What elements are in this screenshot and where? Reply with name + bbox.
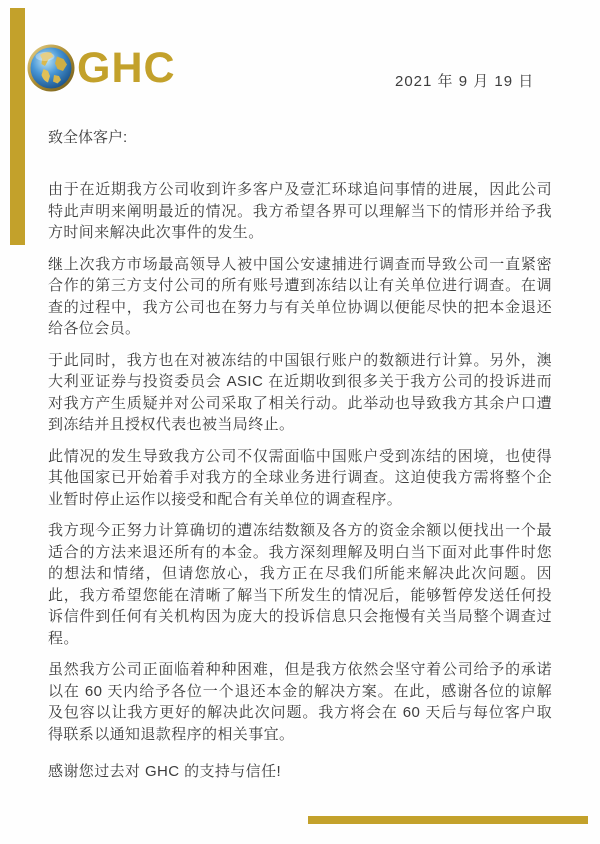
paragraph-3: 于此同时，我方也在对被冻结的中国银行账户的数额进行计算。另外，澳大利亚证券与投资… bbox=[48, 350, 552, 436]
brand-text: GHC bbox=[77, 44, 176, 92]
gold-bottom-accent-bar bbox=[308, 816, 588, 824]
paragraph-4: 此情况的发生导致我方公司不仅需面临中国账户受到冻结的困境，也使得其他国家已开始着… bbox=[48, 446, 552, 511]
paragraph-1: 由于在近期我方公司收到许多客户及壹汇环球追问事情的进展，因此公司特此声明来阐明最… bbox=[48, 179, 552, 244]
paragraph-5: 我方现今正努力计算确切的遭冻结数额及各方的资金余额以便找出一个最适合的方法来退还… bbox=[48, 520, 552, 649]
letter-date: 2021 年 9 月 19 日 bbox=[395, 70, 534, 91]
greeting: 致全体客户: bbox=[48, 127, 552, 149]
closing-line: 感谢您过去对 GHC 的支持与信任! bbox=[48, 761, 552, 783]
letter-body: 致全体客户: 由于在近期我方公司收到许多客户及壹汇环球追问事情的进展，因此公司特… bbox=[48, 127, 552, 783]
globe-icon bbox=[27, 44, 75, 92]
paragraph-2: 继上次我方市场最高领导人被中国公安逮捕进行调查而导致公司一直紧密合作的第三方支付… bbox=[48, 254, 552, 340]
company-logo: GHC bbox=[27, 44, 176, 92]
gold-left-accent-bar bbox=[10, 8, 25, 245]
paragraph-6: 虽然我方公司正面临着种种困难，但是我方依然会坚守着公司给予的承诺以在 60 天内… bbox=[48, 659, 552, 745]
letter-page: GHC 2021 年 9 月 19 日 致全体客户: 由于在近期我方公司收到许多… bbox=[0, 0, 600, 844]
